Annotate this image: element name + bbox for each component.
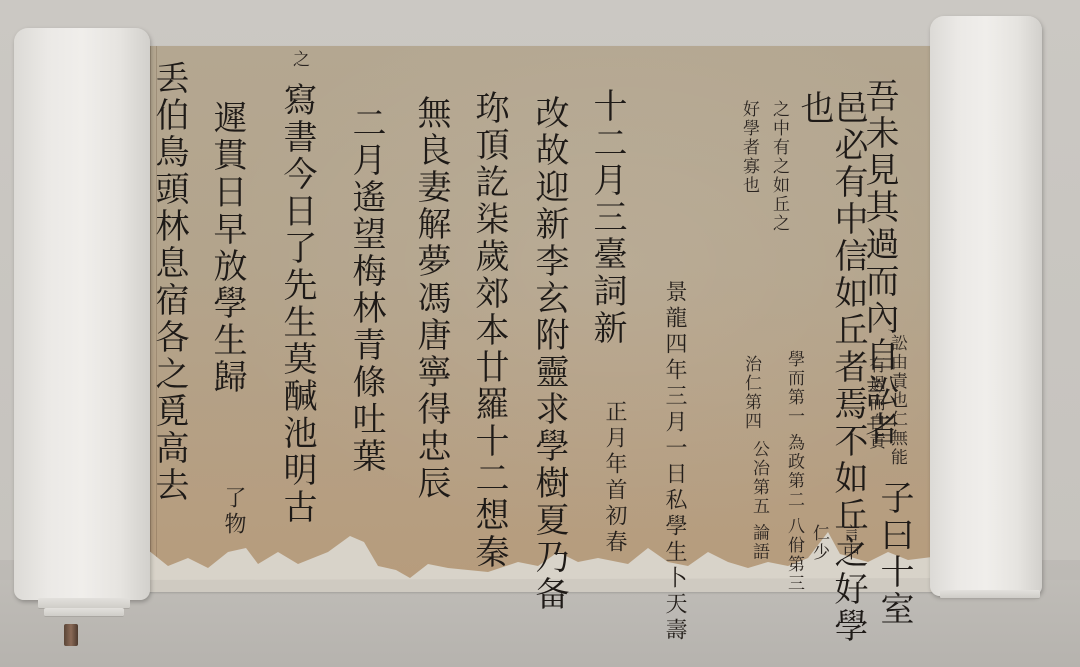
right-roller-base	[940, 590, 1040, 599]
left-scroll-roller	[14, 28, 150, 600]
text-column: 改故迎新李玄附靈求學樹夏乃备	[532, 95, 566, 613]
text-column: 仁少	[810, 524, 827, 562]
text-column: 邑必有中信如丘者焉不如丘之好學也	[797, 90, 865, 667]
text-column: 了物	[222, 486, 244, 538]
text-column: 丢伯鳥頭林息宿各之覓高去	[152, 60, 186, 504]
text-column: 之中有之如丘之	[770, 100, 787, 233]
roller-knob	[64, 624, 78, 646]
text-column: 十二月三臺詞新	[590, 88, 624, 347]
text-column: 好學者寡也	[740, 100, 757, 195]
left-roller-base-inner	[44, 608, 124, 617]
text-column: 治仁第四	[742, 355, 759, 431]
text-column: 言中	[840, 524, 857, 562]
text-column: 無良妻解夢馮唐寧得忠辰	[414, 95, 448, 502]
text-column: 學而第一 為政第二 八佾第三	[785, 350, 802, 593]
text-column: 二月遙望梅林青條吐葉	[349, 105, 383, 475]
text-column: 遲貫日早放學生歸	[210, 100, 244, 396]
text-column: 寫書今日了先生莫醎池明古	[280, 82, 314, 526]
text-column: 公冶第五 論語	[750, 440, 767, 561]
text-column: 珎頂訖柒歲郊本廿羅十二想秦	[472, 90, 506, 571]
right-scroll-roller	[930, 16, 1042, 596]
text-column: 正月年首初春	[603, 400, 625, 556]
text-column: 有過而自責	[866, 356, 883, 451]
text-column: 景龍四年三月一日私學生卜天壽	[663, 280, 685, 644]
text-column: 之	[290, 50, 307, 69]
text-column: 子曰十室	[877, 480, 911, 628]
text-column: 訟由責也仁無能	[888, 334, 905, 467]
